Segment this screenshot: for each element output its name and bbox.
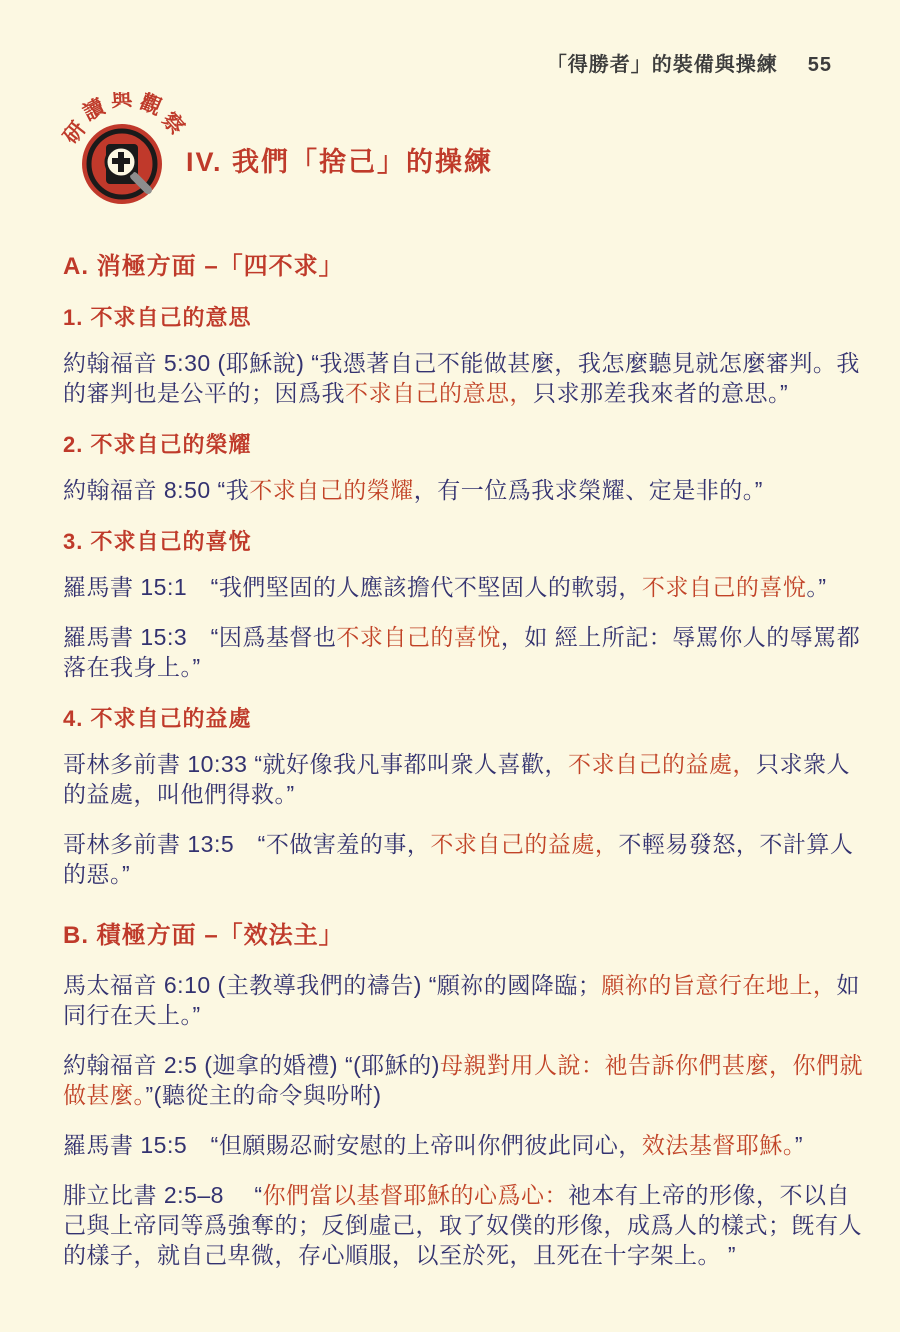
- scripture-paragraph: 馬太福音 6:10 (主教導我們的禱告) “願祢的國降臨；願祢的旨意行在地上，如…: [63, 970, 863, 1030]
- scripture-paragraph: 腓立比書 2:5–8 “你們當以基督耶穌的心爲心：祂本有上帝的形像，不以自己與上…: [63, 1180, 863, 1270]
- logo-arc-char: 與: [111, 92, 135, 112]
- logo-arc-char: 讀: [79, 94, 109, 125]
- body-text: 只求那差我來者的意思。”: [533, 380, 788, 406]
- scripture-paragraph: 約翰福音 2:5 (迦拿的婚禮) “(耶穌的)母親對用人說：祂告訴你們甚麼，你們…: [63, 1050, 863, 1110]
- logo-arc-char: 察: [157, 107, 189, 139]
- page-number: 55: [808, 54, 832, 77]
- subsection-heading: 3. 不求自己的喜悅: [63, 525, 863, 556]
- highlighted-text: 你們當以基督耶穌的心爲心：: [263, 1182, 569, 1208]
- scripture-paragraph: 羅馬書 15:5 “但願賜忍耐安慰的上帝叫你們彼此同心，效法基督耶穌。”: [63, 1130, 863, 1160]
- magnifier-bible-icon: [82, 124, 162, 204]
- scripture-paragraph: 羅馬書 15:3 “因爲基督也不求自己的喜悅，如 經上所記：辱罵你人的辱罵都落在…: [63, 622, 863, 682]
- subsection-heading: 4. 不求自己的益處: [63, 702, 863, 733]
- body-text: 馬太福音 6:10 (主教導我們的禱告) “願祢的國降臨；: [63, 972, 601, 998]
- highlighted-text: 不求自己的榮耀: [249, 477, 414, 503]
- body-text: 羅馬書 15:5 “但願賜忍耐安慰的上帝叫你們彼此同心，: [63, 1132, 642, 1158]
- body-text: ”(聽從主的命令與吩咐): [146, 1082, 382, 1108]
- content: A. 消極方面 –「四不求」1. 不求自己的意思約翰福音 5:30 (耶穌說) …: [63, 246, 863, 1290]
- body-text: ，有一位爲我求榮耀、定是非的。”: [414, 477, 763, 503]
- highlighted-text: 不求自己的喜悅: [336, 624, 501, 650]
- section-heading: B. 積極方面 –「效法主」: [63, 915, 863, 950]
- scripture-paragraph: 約翰福音 5:30 (耶穌說) “我憑著自己不能做甚麼，我怎麼聽見就怎麼審判。我…: [63, 348, 863, 408]
- body-text: 約翰福音 8:50 “我: [63, 477, 249, 503]
- subsection-heading: 2. 不求自己的榮耀: [63, 428, 863, 459]
- logo-arc-char: 研: [59, 118, 90, 149]
- document-page: 「得勝者」的裝備與操練 55 研 讀 與 觀 察: [0, 0, 900, 1332]
- body-text: 。”: [806, 574, 826, 600]
- running-header-title: 「得勝者」的裝備與操練: [547, 48, 778, 77]
- page-title: IV. 我們「捨己」的操練: [186, 140, 493, 179]
- body-text: 哥林多前書 13:5 “不做害羞的事，: [63, 831, 430, 857]
- scripture-paragraph: 哥林多前書 13:5 “不做害羞的事，不求自己的益處，不輕易發怒，不計算人的惡。…: [63, 829, 863, 889]
- highlighted-text: 不求自己的益處，: [430, 831, 618, 857]
- highlighted-text: 不求自己的喜悅: [642, 574, 807, 600]
- highlighted-text: 不求自己的益處，: [568, 751, 756, 777]
- body-text: 約翰福音 2:5 (迦拿的婚禮) “(耶穌的): [63, 1052, 440, 1078]
- highlighted-text: 效法基督耶穌。: [642, 1132, 795, 1158]
- body-text: ”: [795, 1132, 803, 1158]
- scripture-paragraph: 約翰福音 8:50 “我不求自己的榮耀，有一位爲我求榮耀、定是非的。”: [63, 475, 863, 505]
- body-text: 羅馬書 15:3 “因爲基督也: [63, 624, 336, 650]
- body-text: 哥林多前書 10:33 “就好像我凡事都叫衆人喜歡，: [63, 751, 568, 777]
- scripture-paragraph: 羅馬書 15:1 “我們堅固的人應該擔代不堅固人的軟弱，不求自己的喜悅。”: [63, 572, 863, 602]
- highlighted-text: 願祢的旨意行在地上，: [601, 972, 836, 998]
- body-text: 腓立比書 2:5–8 “: [63, 1182, 263, 1208]
- logo-arc-char: 觀: [136, 92, 165, 120]
- highlighted-text: 不求自己的意思，: [345, 380, 533, 406]
- body-text: 羅馬書 15:1 “我們堅固的人應該擔代不堅固人的軟弱，: [63, 574, 642, 600]
- subsection-heading: 1. 不求自己的意思: [63, 301, 863, 332]
- scripture-paragraph: 哥林多前書 10:33 “就好像我凡事都叫衆人喜歡，不求自己的益處，只求衆人的益…: [63, 749, 863, 809]
- running-header: 「得勝者」的裝備與操練 55: [547, 48, 832, 77]
- section-heading: A. 消極方面 –「四不求」: [63, 246, 863, 281]
